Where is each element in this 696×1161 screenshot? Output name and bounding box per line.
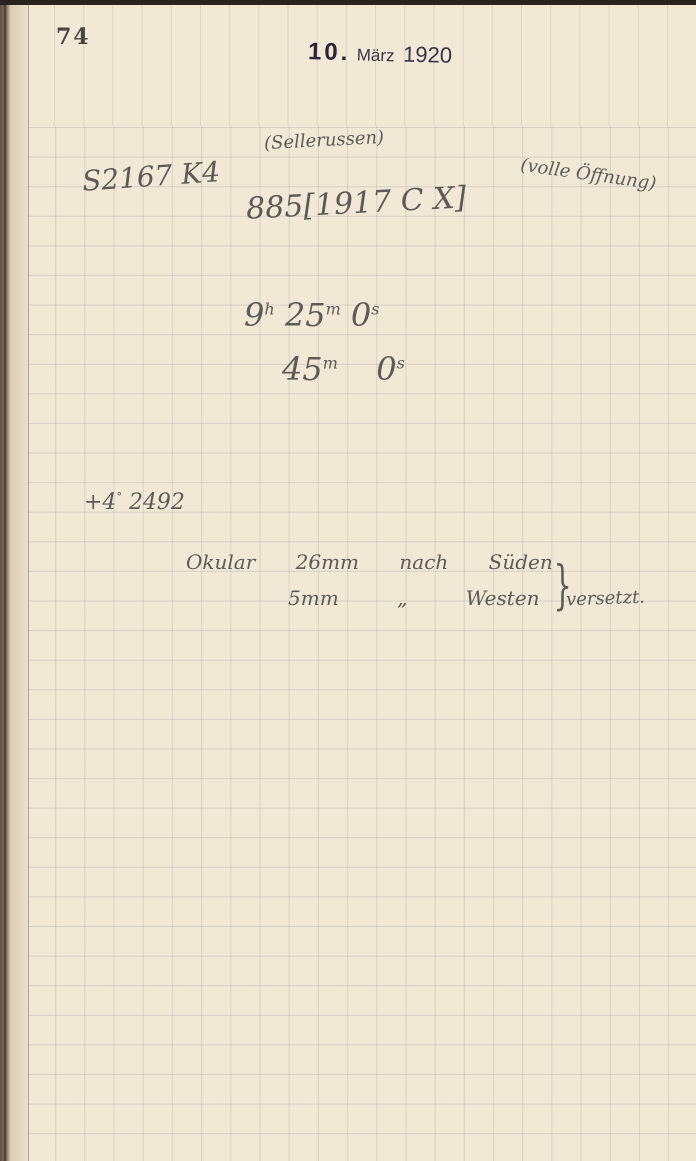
stamp-year: 1920 (403, 42, 453, 68)
dec-degree-unit: ° (116, 491, 122, 504)
ra2-seconds: 0 (376, 350, 396, 388)
ra2-minutes-unit: m (323, 353, 338, 372)
ra-hours: 9 (244, 296, 264, 334)
date-stamp: 10. März 1920 (308, 38, 453, 70)
stamp-day: 10. (308, 38, 351, 66)
right-ascension-line-1: 9h 25m 0s (244, 296, 379, 334)
ra2-minutes: 45 (282, 350, 323, 388)
ocular-verb: versetzt. (566, 587, 646, 611)
page-edge (10, 5, 28, 1161)
ra-seconds-unit: s (371, 299, 379, 318)
dec-number: 2492 (129, 490, 185, 515)
page-number: 74 (56, 24, 91, 50)
ra-minutes-unit: m (326, 299, 341, 318)
ocular-note-line-2: 5mm „ Westen (288, 586, 540, 610)
ra-seconds: 0 (351, 296, 371, 334)
right-ascension-line-2: 45m 0s (282, 350, 405, 388)
ra-hours-unit: h (264, 299, 274, 318)
top-edge (0, 0, 696, 5)
book-binding (0, 5, 10, 1161)
declination-entry: +4° 2492 (84, 490, 185, 515)
ocular-ditto-mark: „ (397, 586, 407, 610)
margin-line (28, 5, 29, 1161)
ocular-prep: nach (399, 550, 448, 574)
ocular-amount-2: 5mm (288, 586, 339, 610)
ocular-direction-1: Süden (489, 550, 553, 574)
ra2-seconds-unit: s (397, 353, 405, 372)
stamp-month: März (357, 45, 395, 65)
ocular-amount-1: 26mm (296, 550, 359, 574)
ocular-direction-2: Westen (466, 586, 540, 610)
ocular-label: Okular (186, 550, 255, 574)
ra-minutes: 25 (285, 296, 326, 334)
ocular-note-line-1: Okular 26mm nach Süden (186, 550, 553, 574)
dec-degrees: +4 (84, 490, 116, 515)
